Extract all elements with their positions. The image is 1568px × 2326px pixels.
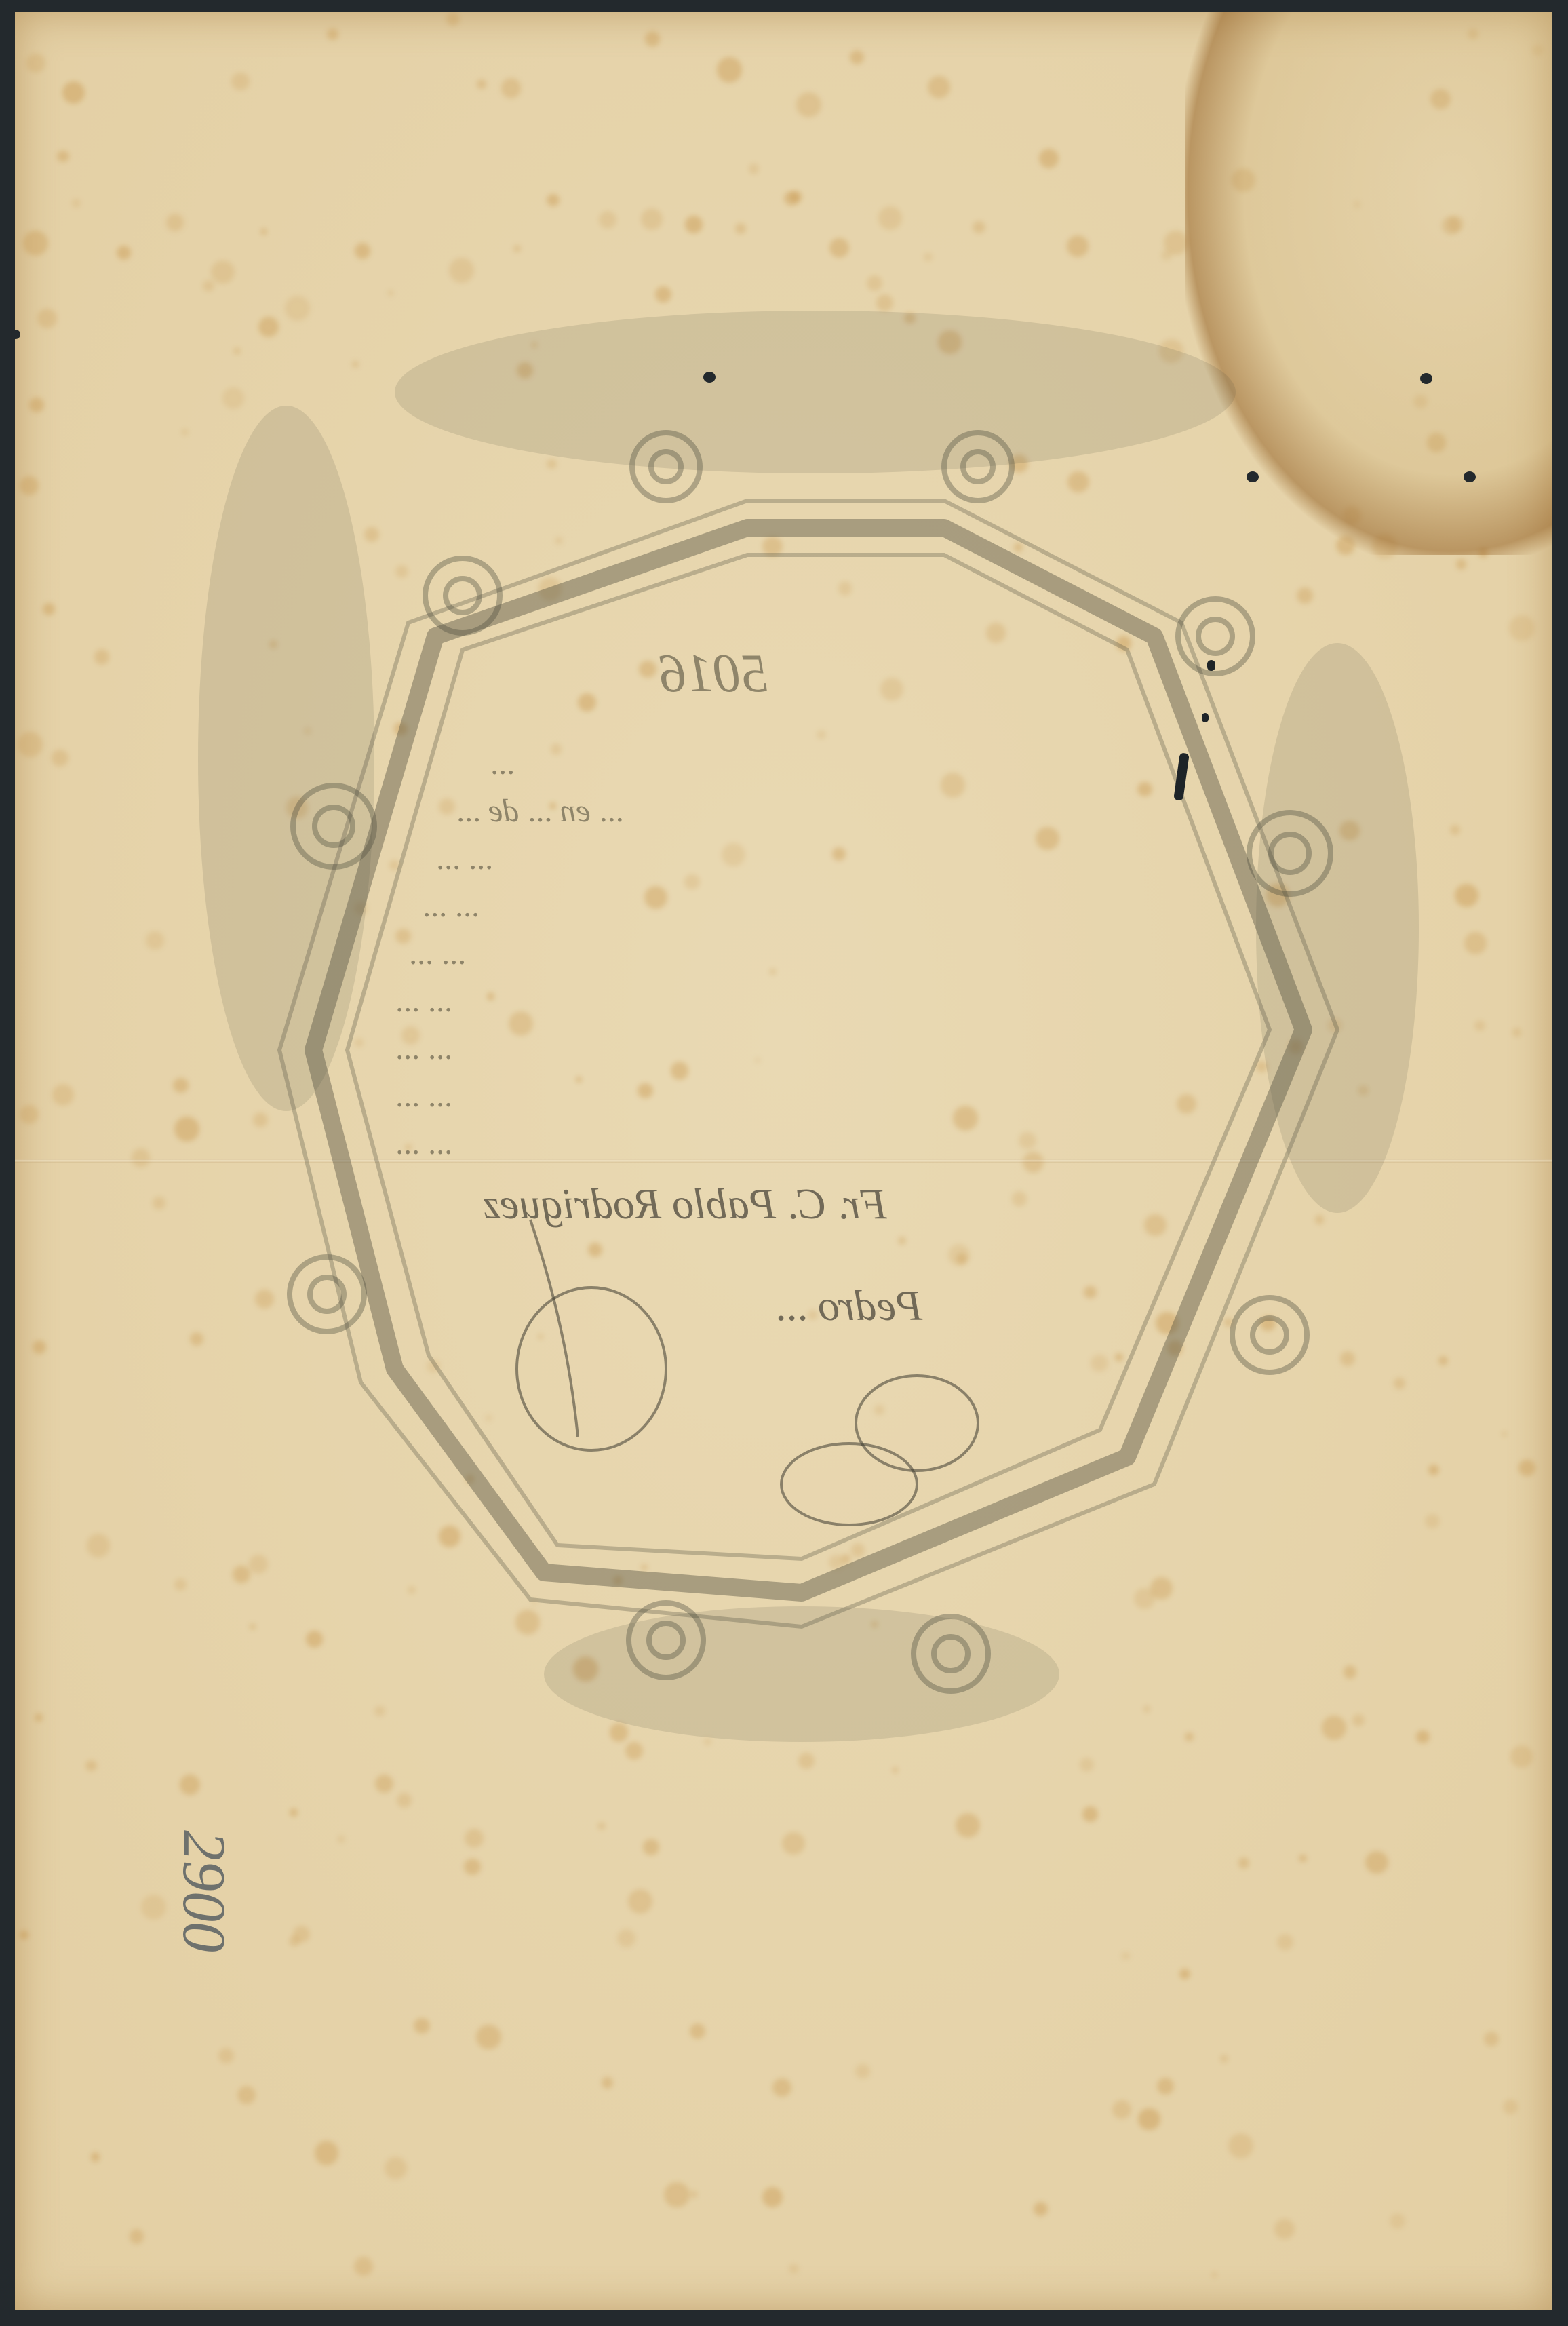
body-line: ... ... — [422, 887, 479, 925]
ink-dot — [1202, 713, 1209, 722]
signature-1: Fr. C. Pablo Rodriguez — [483, 1179, 887, 1229]
body-line: ... ... — [395, 982, 452, 1020]
punch-hole — [1247, 471, 1259, 482]
body-line: ... ... — [408, 935, 465, 972]
body-line: ... ... — [395, 1030, 452, 1067]
ink-dot — [1207, 660, 1215, 671]
body-line: ... en ... de ... — [456, 792, 623, 830]
punch-hole — [11, 330, 20, 339]
punch-hole — [703, 372, 716, 383]
signature-2: Pedro ... — [775, 1281, 922, 1331]
body-line: ... ... — [395, 1125, 452, 1162]
document-page: 5016 ... ... en ... de ... ... ... ... .… — [15, 12, 1552, 2310]
punch-hole — [1464, 471, 1476, 482]
header-number: 5016 — [659, 643, 768, 705]
body-line: ... ... — [395, 1077, 452, 1114]
body-line: ... — [490, 745, 514, 782]
engraved-frame-bleedthrough — [15, 12, 1552, 2310]
punch-hole — [1420, 373, 1432, 384]
body-line: ... ... — [435, 840, 492, 877]
margin-pencil-note: 2900 — [169, 1830, 239, 1952]
